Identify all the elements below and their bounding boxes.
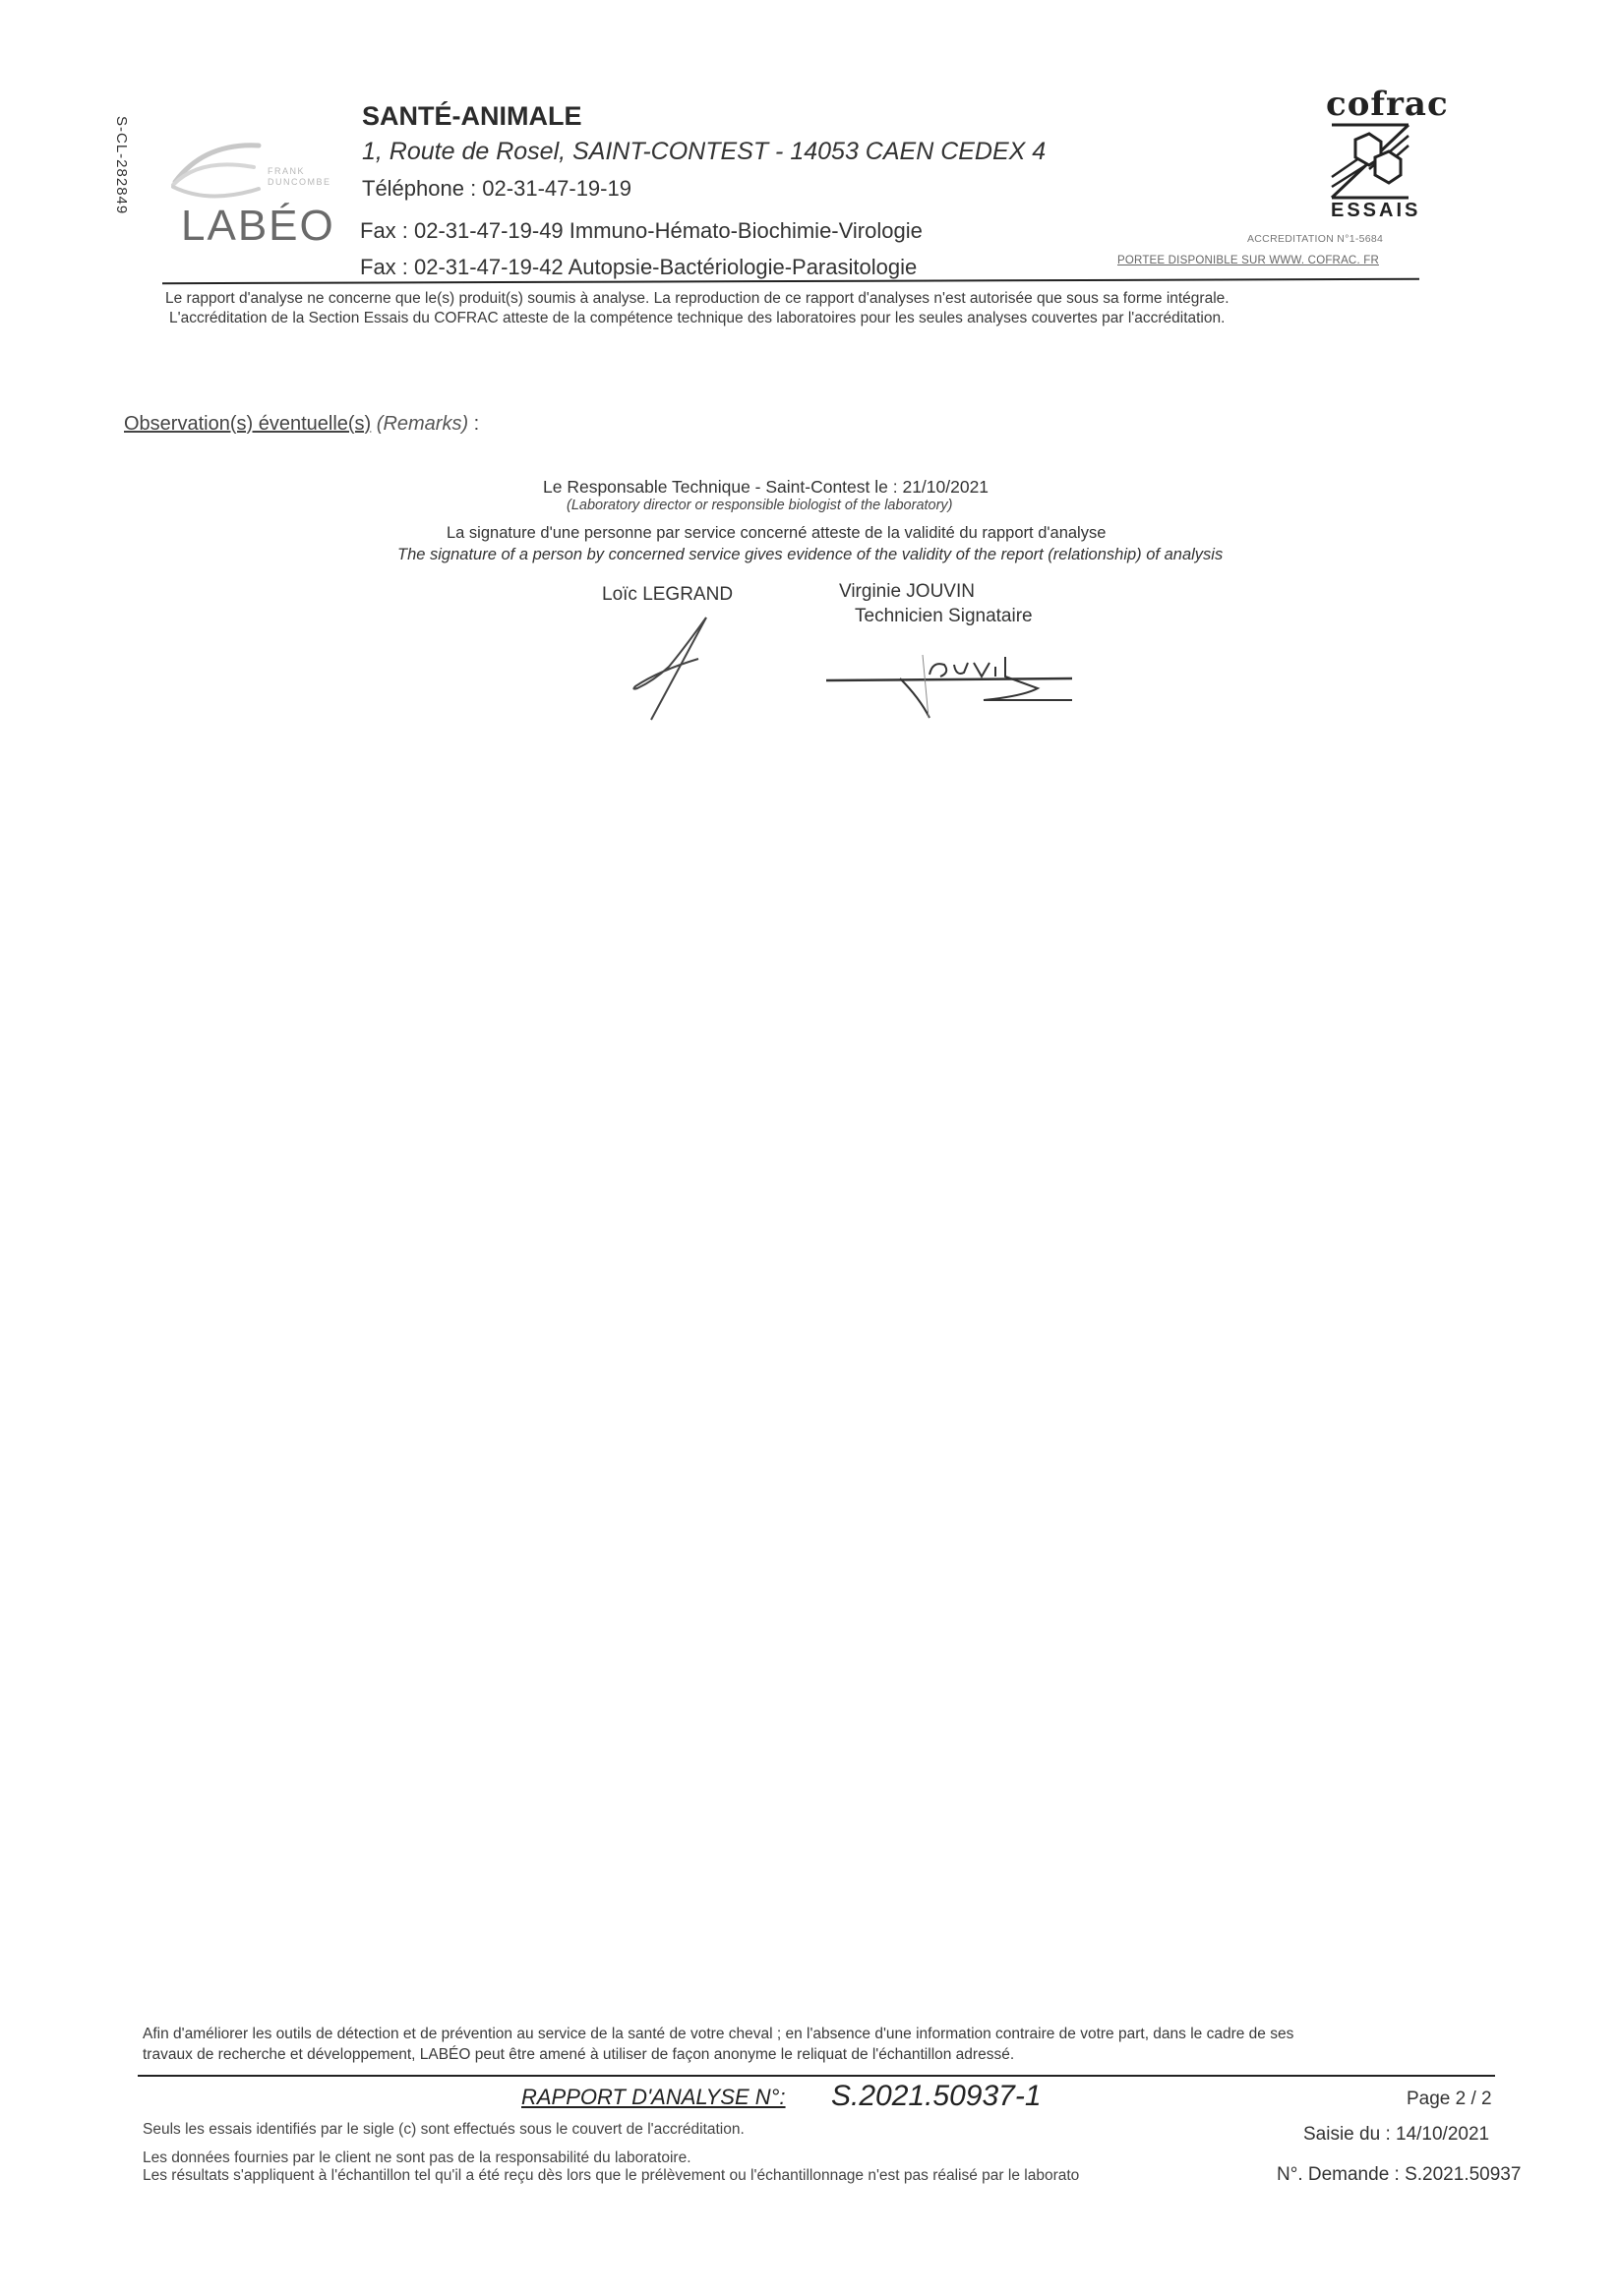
report-number-label: RAPPORT D'ANALYSE N°: <box>521 2085 786 2110</box>
responsible-technician-en: (Laboratory director or responsible biol… <box>567 498 953 513</box>
footer-notice-line-2: travaux de recherche et développement, L… <box>143 2046 1014 2064</box>
disclaimer-line-2: L'accréditation de la Section Essais du … <box>169 310 1225 327</box>
disclaimer-line-1: Le rapport d'analyse ne concerne que le(… <box>165 290 1229 308</box>
observations-heading: Observation(s) éventuelle(s) (Remarks) : <box>124 413 479 436</box>
org-name: SANTÉ-ANIMALE <box>362 101 582 132</box>
signatory-title-2: Technicien Signataire <box>855 606 1033 627</box>
results-note: Les résultats s'appliquent à l'échantill… <box>143 2167 1079 2185</box>
cofrac-logo-text: cofrac <box>1326 85 1449 124</box>
signatory-name-1: Loïc LEGRAND <box>602 584 733 606</box>
org-telephone: Téléphone : 02-31-47-19-19 <box>362 176 631 202</box>
org-address: 1, Route de Rosel, SAINT-CONTEST - 14053… <box>362 138 1046 166</box>
observations-colon: : <box>468 413 479 435</box>
request-number: N°. Demande : S.2021.50937 <box>1277 2164 1521 2186</box>
cofrac-essais-label: ESSAIS <box>1331 200 1420 222</box>
labeo-swoosh-icon <box>165 138 283 206</box>
cofrac-hexagon-icon <box>1330 122 1410 201</box>
footer-notice-line-1: Afin d'améliorer les outils de détection… <box>143 2026 1293 2043</box>
client-data-note: Les données fournies par le client ne so… <box>143 2149 691 2167</box>
responsible-technician-line: Le Responsable Technique - Saint-Contest… <box>543 477 989 498</box>
logo-subtitle-line2: DUNCOMBE <box>268 177 331 188</box>
document-side-code: S-CL-282849 <box>113 116 130 214</box>
observations-label-en: (Remarks) <box>377 413 468 435</box>
labeo-logo-text: LABÉO <box>181 202 335 251</box>
page-indicator: Page 2 / 2 <box>1407 2089 1492 2110</box>
org-fax-2: Fax : 02-31-47-19-42 Autopsie-Bactériolo… <box>360 255 917 280</box>
signature-validity-en: The signature of a person by concerned s… <box>397 546 1223 564</box>
signatory-name-2: Virginie JOUVIN <box>839 581 975 603</box>
signature-legrand-icon <box>630 610 728 723</box>
report-number: S.2021.50937-1 <box>831 2080 1042 2113</box>
cofrac-portee-link[interactable]: PORTEE DISPONIBLE SUR WWW. COFRAC. FR <box>1117 255 1379 266</box>
cofrac-accreditation-number: ACCREDITATION N°1-5684 <box>1247 233 1383 245</box>
logo-subtitle: FRANK DUNCOMBE <box>268 166 331 188</box>
accreditation-note: Seuls les essais identifiés par le sigle… <box>143 2121 745 2139</box>
observations-label: Observation(s) éventuelle(s) <box>124 413 371 435</box>
footer-divider <box>138 2075 1495 2077</box>
signature-jouvin-icon <box>826 649 1082 723</box>
logo-subtitle-line1: FRANK <box>268 166 331 177</box>
org-fax-1: Fax : 02-31-47-19-49 Immuno-Hémato-Bioch… <box>360 218 923 244</box>
entry-date: Saisie du : 14/10/2021 <box>1303 2124 1489 2146</box>
signature-validity-fr: La signature d'une personne par service … <box>447 524 1106 543</box>
